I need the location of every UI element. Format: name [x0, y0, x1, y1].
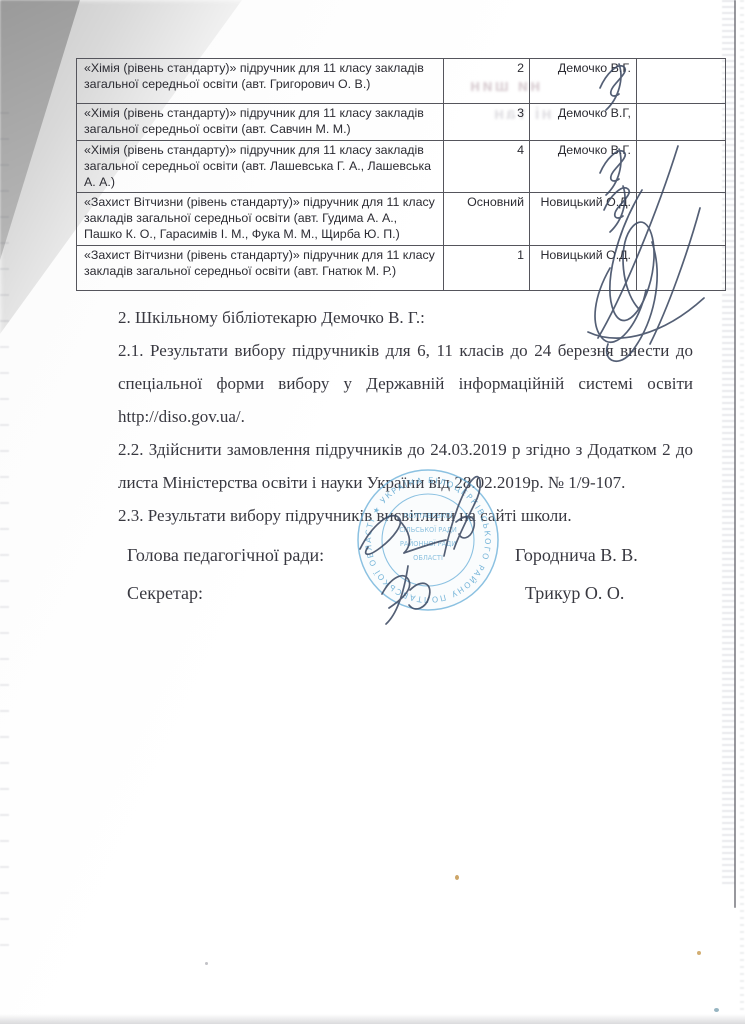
edge-bleedthrough-strip — [0, 112, 9, 968]
paragraph-librarian-heading: 2. Шкільному бібліотекарю Демочко В. Г.: — [118, 301, 693, 334]
textbook-title-cell: «Захист Вітчизни (рівень стандарту)» під… — [77, 246, 444, 291]
textbook-title-cell: «Хімія (рівень стандарту)» підручник для… — [77, 140, 444, 193]
table-row: «Хімія (рівень стандарту)» підручник для… — [77, 140, 726, 193]
choice-number-cell: 3 — [444, 104, 530, 141]
signature-cell — [637, 140, 726, 193]
choice-number-cell: 4 — [444, 140, 530, 193]
edge-bleedthrough-strip — [740, 0, 744, 1012]
scan-speck — [697, 951, 701, 955]
choice-number-cell: 1 — [444, 246, 530, 291]
signoff-label: Голова педагогічної ради: — [127, 545, 324, 565]
responsible-cell: Демочко В.Г. — [530, 140, 637, 193]
scan-speck — [455, 875, 459, 880]
paragraph-2-1: 2.1. Результати вибору підручників для 6… — [118, 334, 693, 433]
scan-speck — [205, 962, 208, 965]
signoff-row-secretary: Секретар: Трикур О. О. — [127, 583, 687, 609]
scan-edge-line — [734, 0, 736, 908]
choice-number-cell: 2 — [444, 59, 530, 104]
textbook-title-cell: «Хімія (рівень стандарту)» підручник для… — [77, 104, 444, 141]
table-row: «Захист Вітчизни (рівень стандарту)» під… — [77, 246, 726, 291]
scanned-document: { "colors": { "stamp_blue": "#5fa8d2", "… — [0, 0, 745, 1024]
textbook-table: «Хімія (рівень стандарту)» підручник для… — [76, 58, 726, 291]
paragraph-2-2: 2.2. Здійснити замовлення підручників до… — [118, 433, 693, 499]
paragraph-2-3: 2.3. Результати вибору підручників висві… — [118, 499, 693, 532]
signoff-row-head: Голова педагогічної ради: Городнича В. В… — [127, 545, 687, 571]
responsible-cell: Новицький О.Д. — [530, 246, 637, 291]
textbook-title-cell: «Захист Вітчизни (рівень стандарту)» під… — [77, 193, 444, 246]
signoff-name: Трикур О. О. — [525, 583, 624, 604]
responsible-cell: Новицький О.Д. — [530, 193, 637, 246]
signoff-label: Секретар: — [127, 583, 203, 603]
choice-number-cell: Основний — [444, 193, 530, 246]
responsible-cell: Демочко В.Г, — [530, 104, 637, 141]
signoff-name: Городнича В. В. — [515, 545, 638, 566]
table-row: «Хімія (рівень стандарту)» підручник для… — [77, 59, 726, 104]
scan-bottom-shadow — [0, 1014, 745, 1024]
signature-cell — [637, 59, 726, 104]
textbook-title-cell: «Хімія (рівень стандарту)» підручник для… — [77, 59, 444, 104]
scan-speck — [714, 1008, 719, 1012]
responsible-cell: Демочко В.Г. — [530, 59, 637, 104]
table-row: «Хімія (рівень стандарту)» підручник для… — [77, 104, 726, 141]
signature-cell — [637, 193, 726, 246]
signature-cell — [637, 246, 726, 291]
signature-cell — [637, 104, 726, 141]
resolution-text: 2. Шкільному бібліотекарю Демочко В. Г.:… — [118, 301, 693, 532]
table-row: «Захист Вітчизни (рівень стандарту)» під… — [77, 193, 726, 246]
